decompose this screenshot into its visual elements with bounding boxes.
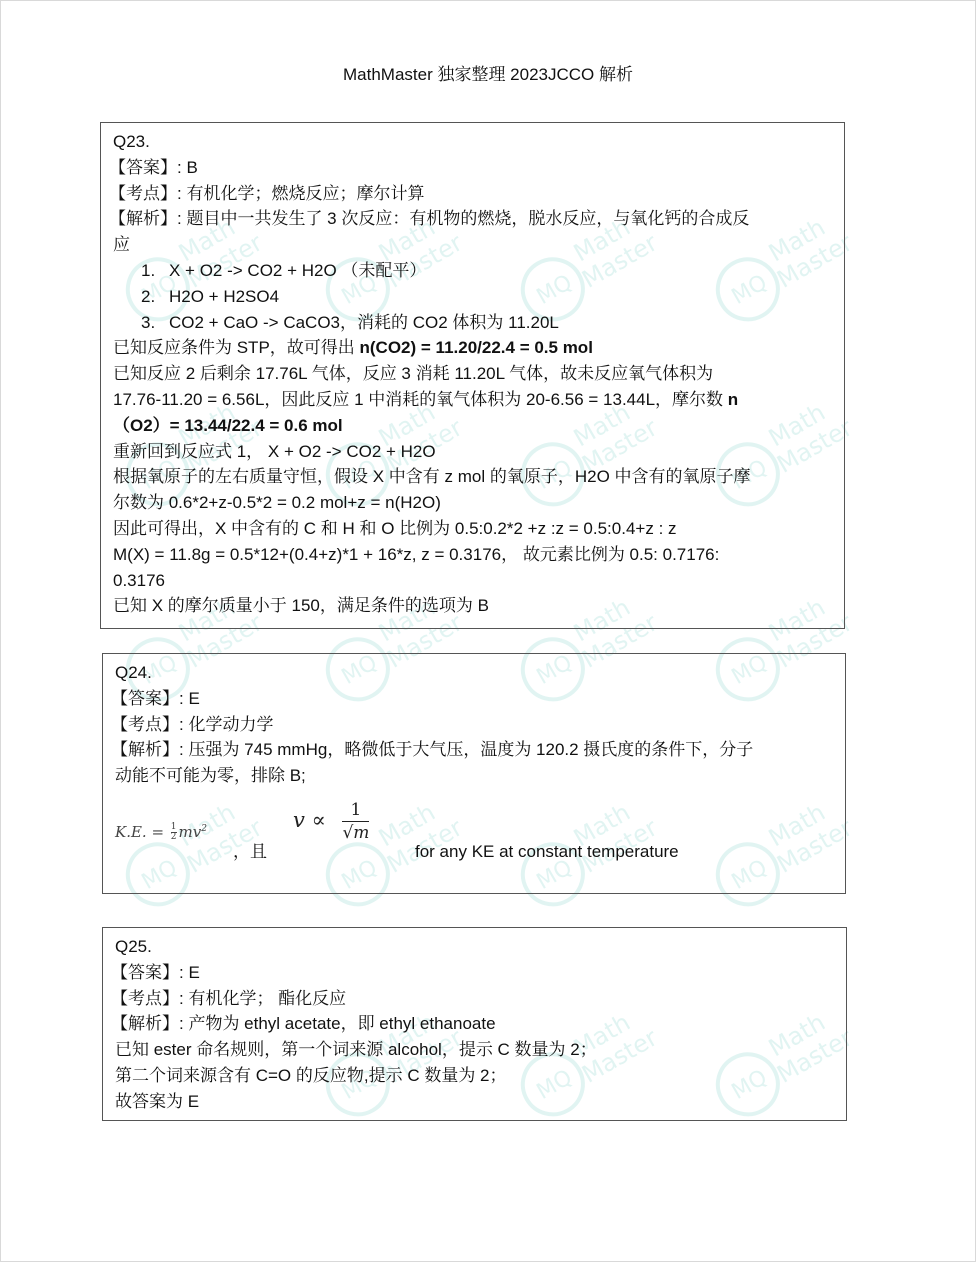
question-box-q25: Q25. 【答案】: E 【考点】: 有机化学； 酯化反应 【解析】: 产物为 … xyxy=(102,927,847,1121)
solution-line: 0.3176 xyxy=(113,568,832,594)
analysis-label: 【解析】 xyxy=(111,740,179,759)
analysis-label: 【解析】 xyxy=(111,1014,179,1033)
topic-row: 【考点】: 有机化学； 酯化反应 xyxy=(111,986,834,1012)
solution-line: 第二个词来源含有 C=O 的反应物,提示 C 数量为 2； xyxy=(115,1063,834,1089)
topic-label: 【考点】 xyxy=(109,184,177,203)
reaction-number: 1. xyxy=(141,258,169,284)
kinetic-energy-formula: K.E. = 12mv2 xyxy=(115,817,207,846)
solution-line: 根据氧原子的左右质量守恒，假设 X 中含有 z mol 的氧原子，H2O 中含有… xyxy=(113,464,832,490)
question-number: Q23. xyxy=(113,129,832,155)
reaction-item: 1.X + O2 -> CO2 + H2O （未配平） xyxy=(113,258,832,284)
topic-value: 有机化学； 酯化反应 xyxy=(188,989,346,1008)
analysis-text: 产物为 ethyl acetate，即 ethyl ethanoate xyxy=(188,1014,495,1033)
analysis-text: 题目中一共发生了 3 次反应：有机物的燃烧，脱水反应，与氧化钙的合成反 xyxy=(186,209,749,228)
answer-row: 【答案】: E xyxy=(111,686,833,712)
topic-label: 【考点】 xyxy=(111,989,179,1008)
solution-line: 已知 ester 命名规则，第一个词来源 alcohol，提示 C 数量为 2； xyxy=(115,1037,834,1063)
solution-line: 故答案为 E xyxy=(115,1089,834,1115)
reaction-text: CO2 + CaO -> CaCO3，消耗的 CO2 体积为 11.20L xyxy=(169,313,559,332)
conjunction-text: ，且 xyxy=(233,839,267,865)
reaction-number: 3. xyxy=(141,310,169,336)
solution-text: 已知反应条件为 STP，故可得出 xyxy=(113,338,360,357)
analysis-row: 【解析】: 产物为 ethyl acetate，即 ethyl ethanoat… xyxy=(111,1011,834,1037)
reaction-item: 2.H2O + H2SO4 xyxy=(113,284,832,310)
formula-variable: v xyxy=(293,808,305,832)
solution-result: （O2）= 13.44/22.4 = 0.6 mol xyxy=(113,416,343,435)
topic-value: 化学动力学 xyxy=(188,715,273,734)
answer-row: 【答案】: E xyxy=(111,960,834,986)
answer-value: E xyxy=(188,689,199,708)
solution-line: 重新回到反应式 1， X + O2 -> CO2 + H2O xyxy=(113,439,832,465)
exponent: 2 xyxy=(201,824,207,834)
solution-line: 尔数为 0.6*2+z-0.5*2 = 0.2 mol+z = n(H2O) xyxy=(113,490,832,516)
question-number: Q24. xyxy=(115,660,833,686)
fraction: 12 xyxy=(171,823,177,842)
fraction: 1√m xyxy=(342,799,369,844)
solution-line: 17.76-11.20 = 6.56L，因此反应 1 中消耗的氧气体积为 20-… xyxy=(113,387,832,413)
solution-line: 因此可得出，X 中含有的 C 和 H 和 O 比例为 0.5:0.2*2 +z … xyxy=(113,516,832,542)
topic-label: 【考点】 xyxy=(111,715,179,734)
solution-result: n(CO2) = 11.20/22.4 = 0.5 mol xyxy=(360,338,593,357)
solution-line: 已知 X 的摩尔质量小于 150，满足条件的选项为 B xyxy=(113,593,832,619)
numerator: 1 xyxy=(342,799,369,822)
analysis-text-wrap: 动能不可能为零，排除 B; xyxy=(115,763,833,789)
proportional-symbol: ∝ xyxy=(312,808,326,832)
answer-value: E xyxy=(188,963,199,982)
analysis-text: 压强为 745 mmHg，略微低于大气压，温度为 120.2 摄氏度的条件下，分… xyxy=(188,740,753,759)
answer-label: 【答案】 xyxy=(109,158,177,177)
formula-row: K.E. = 12mv2 ，且 v ∝ 1√m for any KE at co… xyxy=(115,799,833,871)
formula-text: mv xyxy=(179,823,202,841)
question-number: Q25. xyxy=(115,934,834,960)
formula-text: K.E. = xyxy=(115,823,169,841)
question-box-q24: Q24. 【答案】: E 【考点】: 化学动力学 【解析】: 压强为 745 m… xyxy=(102,653,846,894)
reaction-item: 3.CO2 + CaO -> CaCO3，消耗的 CO2 体积为 11.20L xyxy=(113,310,832,336)
topic-row: 【考点】: 有机化学；燃烧反应；摩尔计算 xyxy=(109,181,832,207)
answer-row: 【答案】: B xyxy=(109,155,832,181)
analysis-label: 【解析】 xyxy=(109,209,177,228)
topic-value: 有机化学；燃烧反应；摩尔计算 xyxy=(186,184,424,203)
denominator: √m xyxy=(342,822,369,844)
solution-text: 17.76-11.20 = 6.56L，因此反应 1 中消耗的氧气体积为 20-… xyxy=(113,390,728,409)
answer-label: 【答案】 xyxy=(111,689,179,708)
analysis-row: 【解析】: 题目中一共发生了 3 次反应：有机物的燃烧，脱水反应，与氧化钙的合成… xyxy=(109,206,832,232)
answer-value: B xyxy=(186,158,197,177)
solution-line: 已知反应 2 后剩余 17.76L 气体，反应 3 消耗 11.20L 气体，故… xyxy=(113,361,832,387)
solution-result: n xyxy=(728,390,738,409)
question-box-q23: Q23. 【答案】: B 【考点】: 有机化学；燃烧反应；摩尔计算 【解析】: … xyxy=(100,122,845,629)
solution-line: （O2）= 13.44/22.4 = 0.6 mol xyxy=(113,413,832,439)
formula-note: for any KE at constant temperature xyxy=(415,839,679,865)
denominator: 2 xyxy=(171,833,177,842)
analysis-row: 【解析】: 压强为 745 mmHg，略微低于大气压，温度为 120.2 摄氏度… xyxy=(111,737,833,763)
proportionality-formula: v ∝ 1√m xyxy=(293,799,369,844)
solution-line: 已知反应条件为 STP，故可得出 n(CO2) = 11.20/22.4 = 0… xyxy=(113,335,832,361)
reaction-text: X + O2 -> CO2 + H2O （未配平） xyxy=(169,261,426,280)
page-title: MathMaster 独家整理 2023JCCO 解析 xyxy=(0,60,976,85)
answer-label: 【答案】 xyxy=(111,963,179,982)
reaction-text: H2O + H2SO4 xyxy=(169,287,279,306)
reaction-number: 2. xyxy=(141,284,169,310)
topic-row: 【考点】: 化学动力学 xyxy=(111,712,833,738)
analysis-text-wrap: 应 xyxy=(113,232,832,258)
solution-line: M(X) = 11.8g = 0.5*12+(0.4+z)*1 + 16*z, … xyxy=(113,542,832,568)
